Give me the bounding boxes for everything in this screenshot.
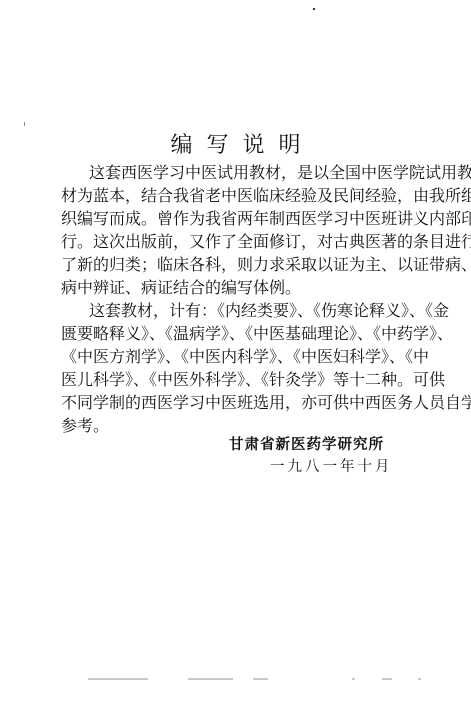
scan-artifact-footer [418, 678, 421, 680]
text-line: 材为蓝本，结合我省老中医临床经验及民间经验，由我所组 [61, 183, 414, 206]
scan-artifact-footer [188, 678, 233, 680]
text-line: 织编写而成。曾作为我省两年制西医学习中医班讲义内部印 [61, 206, 414, 229]
scan-artifact-footer [88, 678, 148, 680]
text-line: 病中辨证、病证结合的编写体例。 [61, 275, 414, 298]
signature-date: 一九八一年十月 [270, 455, 393, 476]
text-line: 匮要略释义》、《温病学》、《中医基础理论》、《中药学》、 [61, 321, 414, 344]
text-line: 行。这次出版前，又作了全面修订，对古典医著的条目进行 [61, 229, 414, 252]
text-line: 《中医方剂学》、《中医内科学》、《中医妇科学》、《中 [61, 344, 414, 367]
scan-artifact-footer [382, 678, 392, 680]
scan-artifact-footer [352, 678, 355, 680]
paragraph-2: 这套教材，计有：《内经类要》、《伤寒论释义》、《金 匮要略释义》、《温病学》、《… [61, 298, 414, 436]
preface-body: 这套西医学习中医试用教材，是以全国中医学院试用教 材为蓝本，结合我省老中医临床经… [61, 160, 414, 436]
text-line: 这套西医学习中医试用教材，是以全国中医学院试用教 [61, 160, 414, 183]
text-line: 了新的归类；临床各科，则力求采取以证为主、以证带病、 [61, 252, 414, 275]
page-title: 编写说明 [0, 128, 471, 159]
paragraph-1: 这套西医学习中医试用教材，是以全国中医学院试用教 材为蓝本，结合我省老中医临床经… [61, 160, 414, 298]
scan-artifact-footer [253, 678, 268, 680]
scan-artifact-dot [313, 8, 315, 10]
text-line: 这套教材，计有：《内经类要》、《伤寒论释义》、《金 [61, 298, 414, 321]
text-line: 医儿科学》、《中医外科学》、《针灸学》等十二种。可供 [61, 367, 414, 390]
scan-artifact-mark [24, 122, 25, 126]
signature-organization: 甘肃省新医药学研究所 [229, 433, 384, 454]
text-line: 不同学制的西医学习中医班选用，亦可供中西医务人员自学 [61, 390, 414, 413]
